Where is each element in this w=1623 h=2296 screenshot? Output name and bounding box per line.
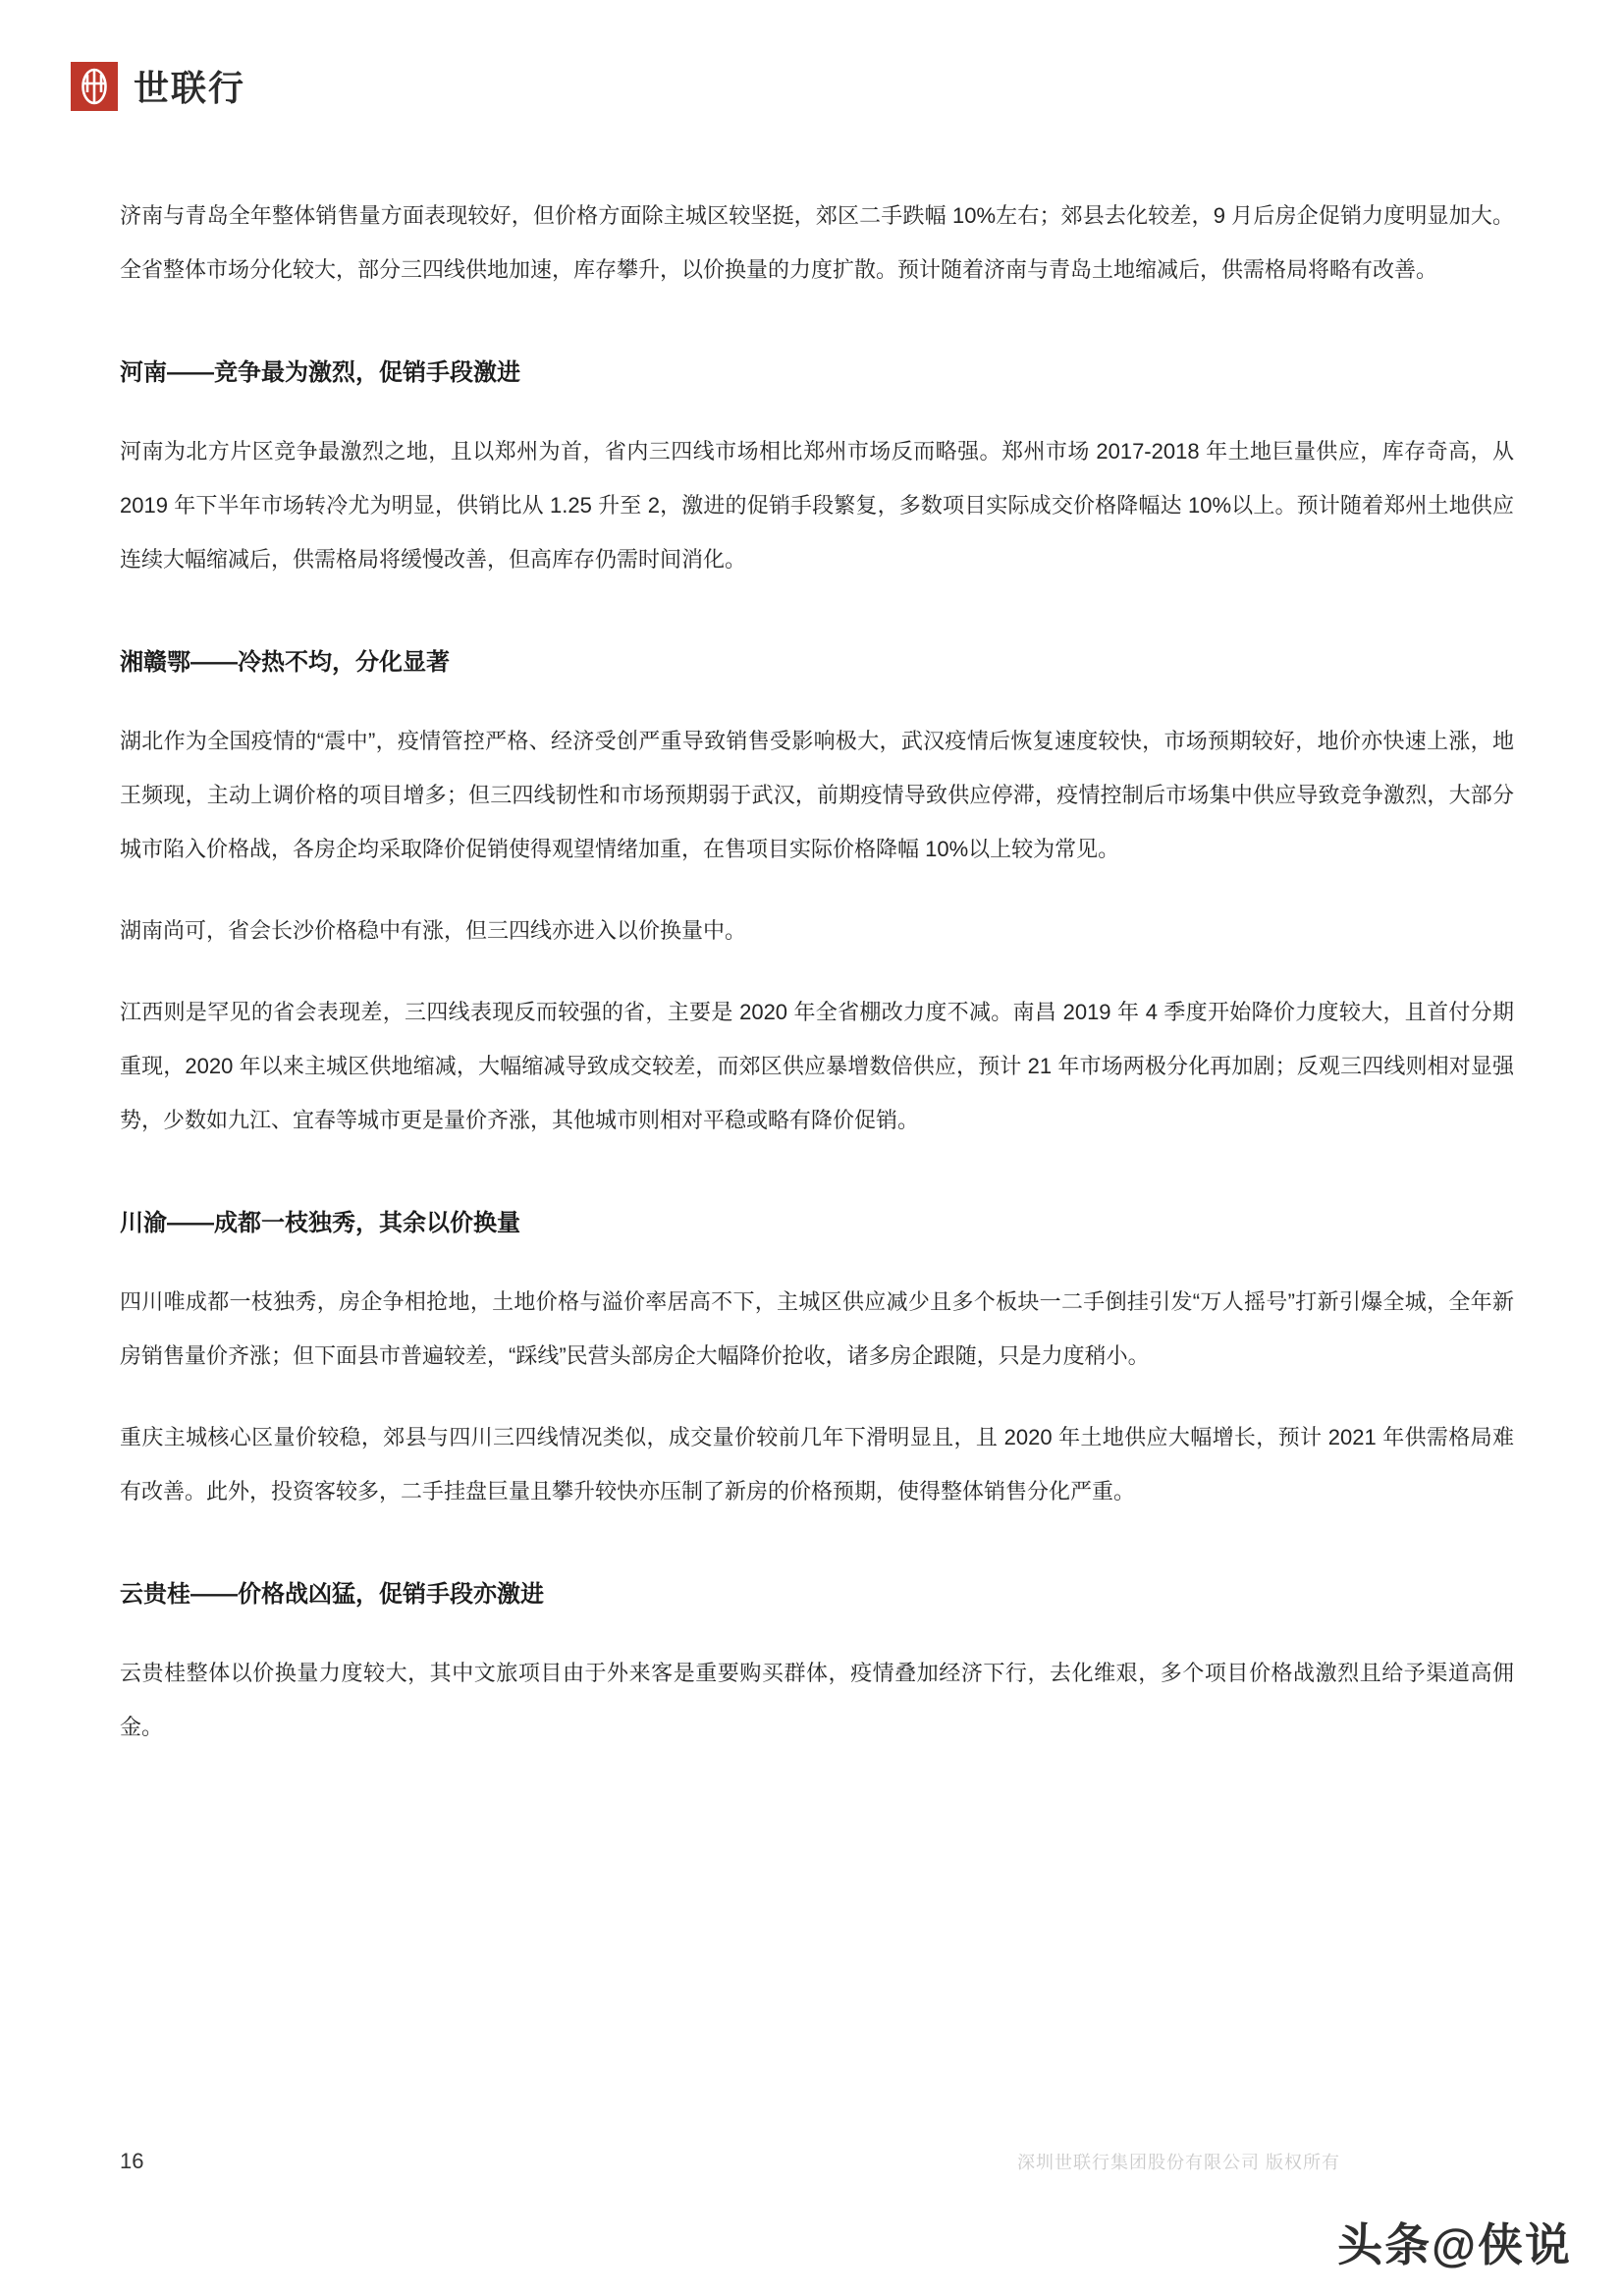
footer: 16 深圳世联行集团股份有限公司 版权所有 [120,2149,1340,2174]
paragraph-chongqing: 重庆主城核心区量价较稳，郊县与四川三四线情况类似，成交量价较前几年下滑明显且，且… [120,1410,1514,1518]
heading-yun-gui-gui: 云贵桂——价格战凶猛，促销手段亦激进 [120,1579,1514,1611]
worldunion-logo-icon [71,62,118,111]
copyright-text: 深圳世联行集团股份有限公司 版权所有 [1017,2149,1340,2174]
page-number: 16 [120,2149,143,2174]
header: 世联行 [71,61,245,111]
brand-name: 世联行 [134,61,245,111]
paragraph-yun-gui-gui: 云贵桂整体以价换量力度较大，其中文旅项目由于外来客是重要购买群体，疫情叠加经济下… [120,1646,1514,1754]
paragraph-jinan-qingdao: 济南与青岛全年整体销售量方面表现较好，但价格方面除主城区较坚挺，郊区二手跌幅 1… [120,189,1514,297]
paragraph-sichuan: 四川唯成都一枝独秀，房企争相抢地，土地价格与溢价率居高不下，主城区供应减少且多个… [120,1275,1514,1383]
report-body: 济南与青岛全年整体销售量方面表现较好，但价格方面除主城区较坚挺，郊区二手跌幅 1… [120,167,1514,1781]
heading-henan: 河南——竞争最为激烈，促销手段激进 [120,357,1514,389]
report-page: 世联行 济南与青岛全年整体销售量方面表现较好，但价格方面除主城区较坚挺，郊区二手… [0,0,1623,2296]
heading-xiang-gan-e: 湘赣鄂——冷热不均，分化显著 [120,647,1514,679]
paragraph-hunan: 湖南尚可，省会长沙价格稳中有涨，但三四线亦进入以价换量中。 [120,903,1514,957]
heading-chuan-yu: 川渝——成都一枝独秀，其余以价换量 [120,1208,1514,1239]
paragraph-henan: 河南为北方片区竞争最激烈之地，且以郑州为首，省内三四线市场相比郑州市场反而略强。… [120,424,1514,586]
paragraph-jiangxi: 江西则是罕见的省会表现差，三四线表现反而较强的省，主要是 2020 年全省棚改力… [120,985,1514,1147]
paragraph-hubei: 湖北作为全国疫情的“震中”，疫情管控严格、经济受创严重导致销售受影响极大，武汉疫… [120,714,1514,876]
watermark: 头条@侠说 [1337,2210,1572,2274]
